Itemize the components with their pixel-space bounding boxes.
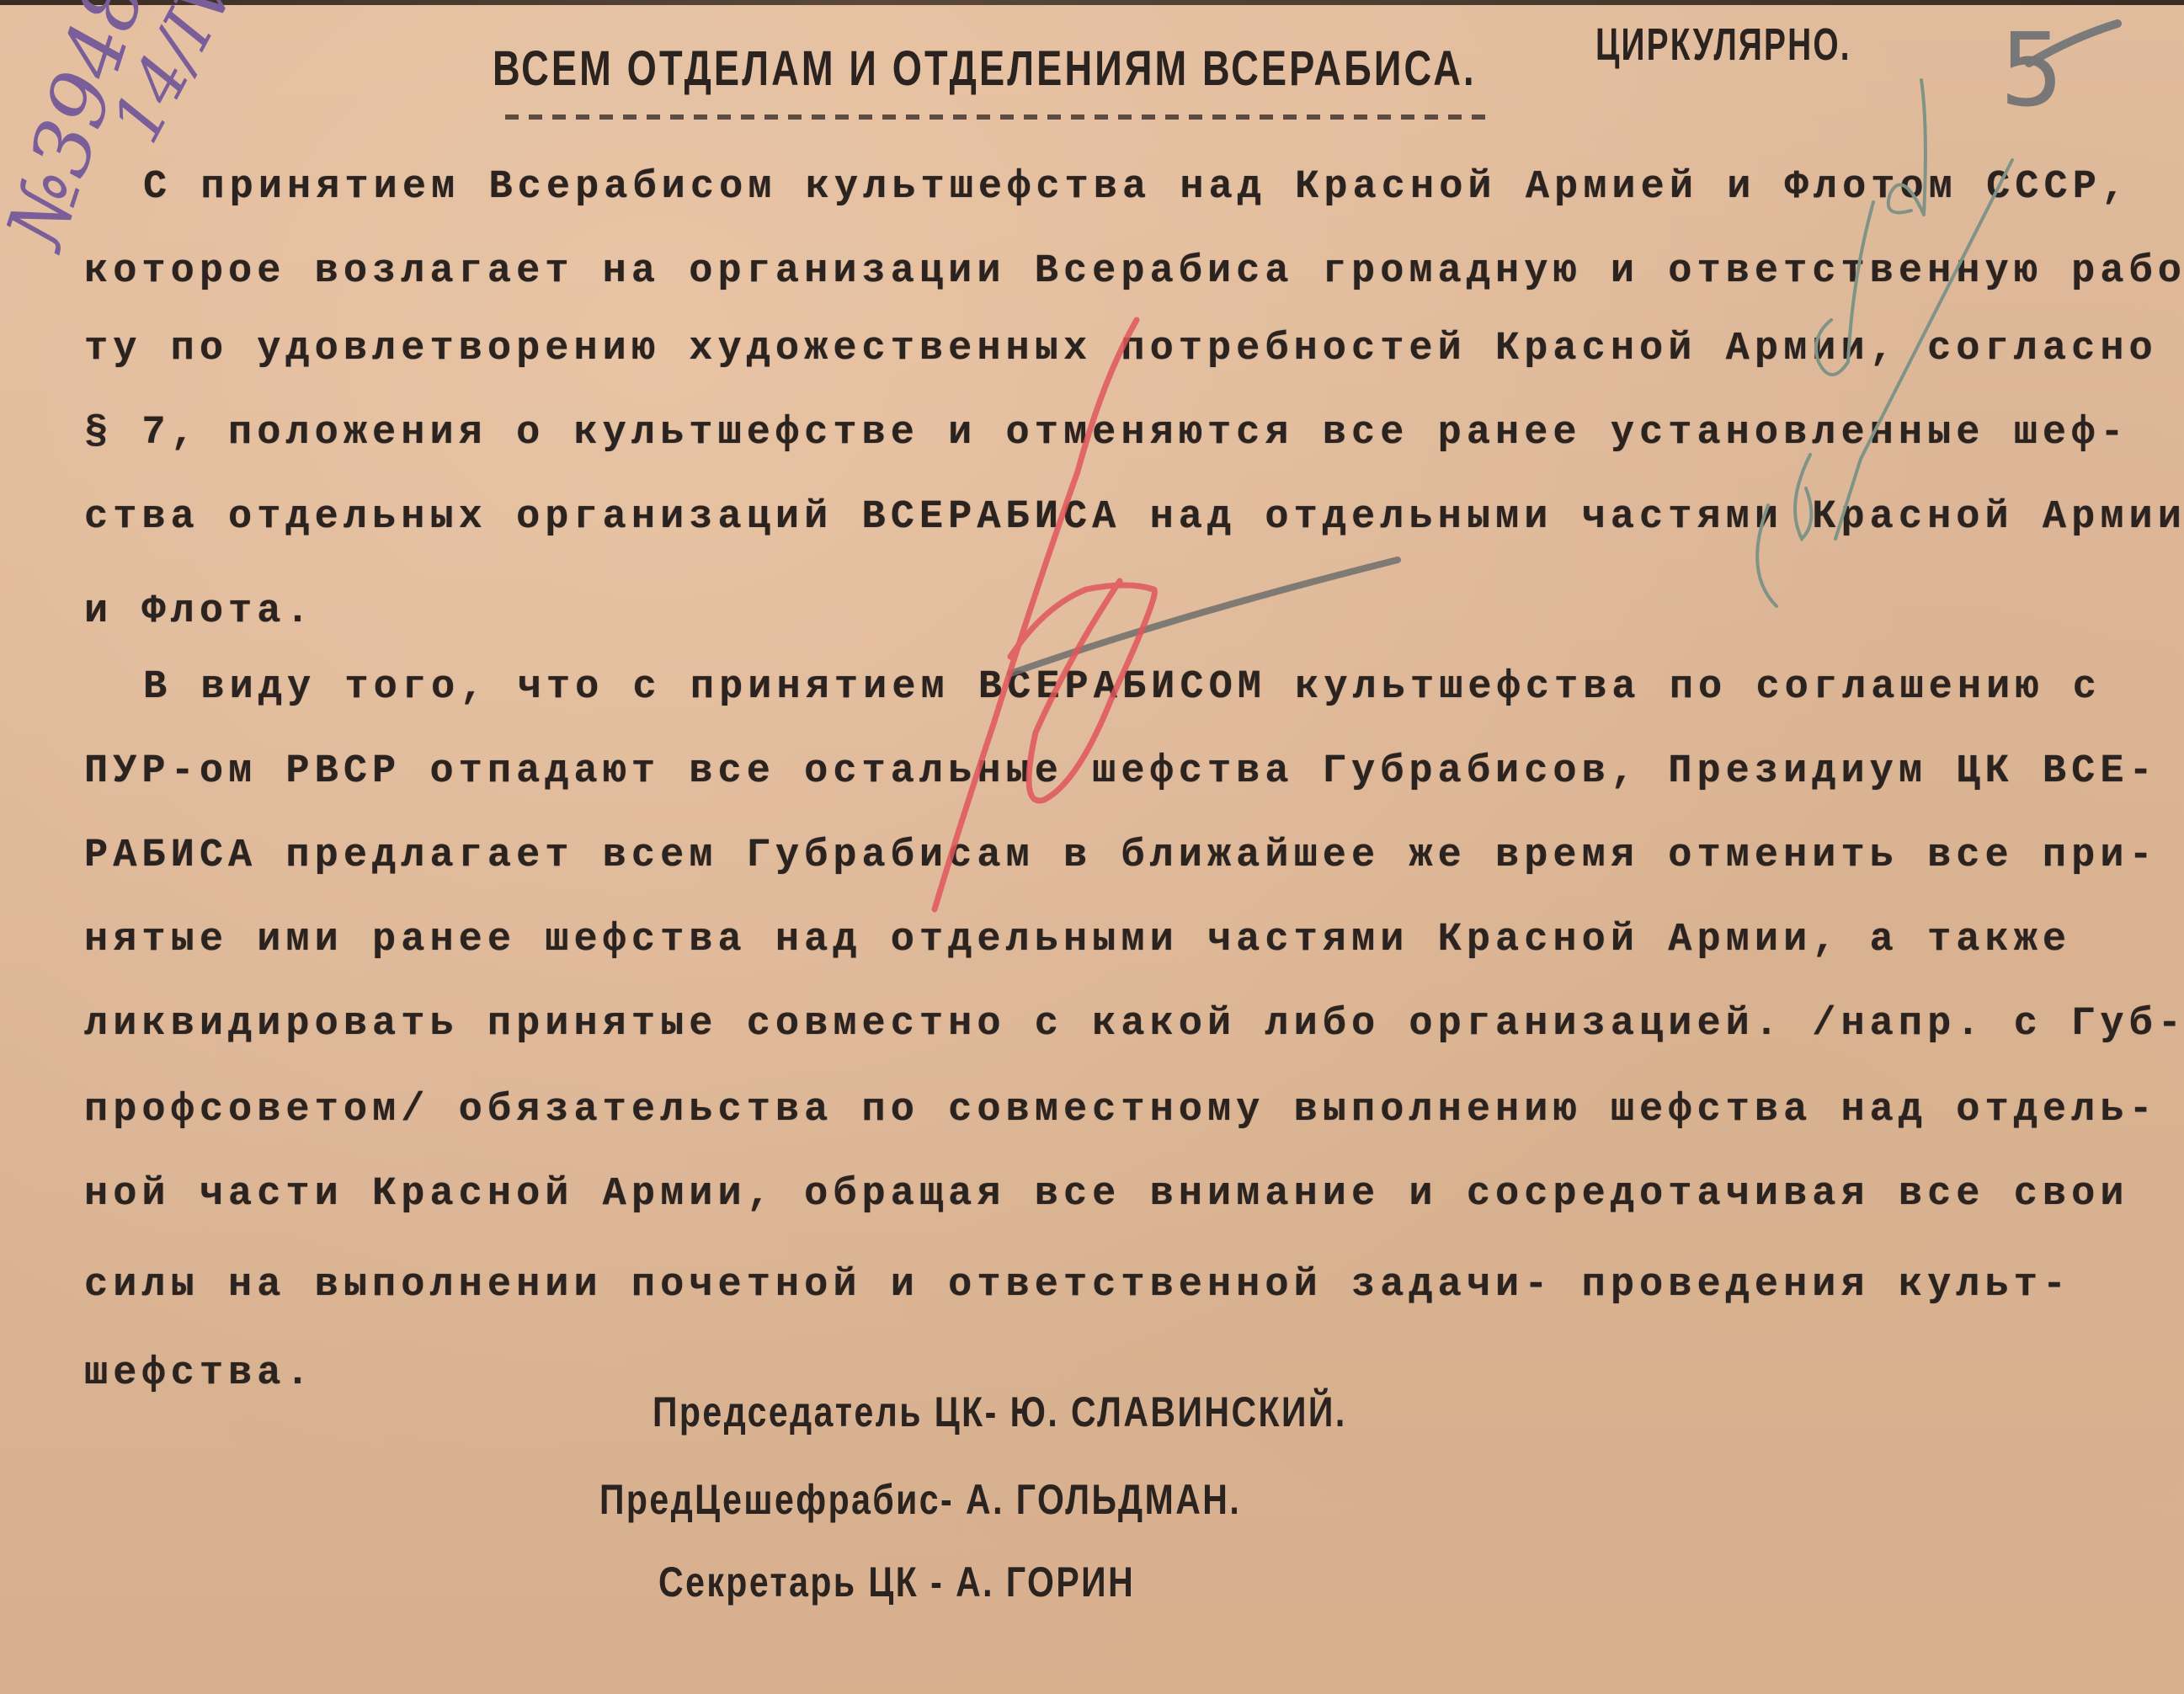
text-line: § 7, положения о культшефстве и отменяют… [84,411,2129,455]
text-line: В виду того, что с принятием ВСЕРАБИСОМ … [143,665,2101,710]
signature-secretary: Секретарь ЦК - А. ГОРИН [658,1558,1135,1606]
text-line: ту по удовлетворению художественных потр… [84,327,2158,371]
circular-stamp-label: ЦИРКУЛЯРНО. [1595,19,1851,71]
text-line: и Флота. [84,589,315,634]
text-line: нятые ими ранее шефства над отдельными ч… [84,918,2071,962]
signature-chairman: Председатель ЦК- Ю. СЛАВИНСКИЙ. [653,1388,1347,1436]
text-line: шефства. [84,1351,315,1396]
text-line: ликвидировать принятые совместно с какой… [84,1002,2184,1047]
signature-shefrabis-head: ПредЦешефрабис- А. ГОЛЬДМАН. [599,1475,1241,1524]
heading-underline [505,115,1486,120]
text-line: ства отдельных организаций ВСЕРАБИСА над… [84,495,2184,540]
text-line: профсоветом/ обязательства по совместном… [84,1088,2158,1132]
text-line: С принятием Всерабисом культшефства над … [143,165,2130,210]
text-line: силы на выполнении почетной и ответствен… [84,1263,2071,1308]
text-line: ной части Красной Армии, обращая все вни… [84,1172,2129,1217]
text-line: РАБИСА предлагает всем Губрабисам в ближ… [84,834,2158,878]
text-line: ПУР-ом РВСР отпадают все остальные шефст… [84,749,2158,794]
text-line: которое возлагает на организации Всераби… [84,249,2184,294]
document-heading: ВСЕМ ОТДЕЛАМ И ОТДЕЛЕНИЯМ ВСЕРАБИСА. [493,40,1477,97]
scan-top-edge [0,0,2184,5]
